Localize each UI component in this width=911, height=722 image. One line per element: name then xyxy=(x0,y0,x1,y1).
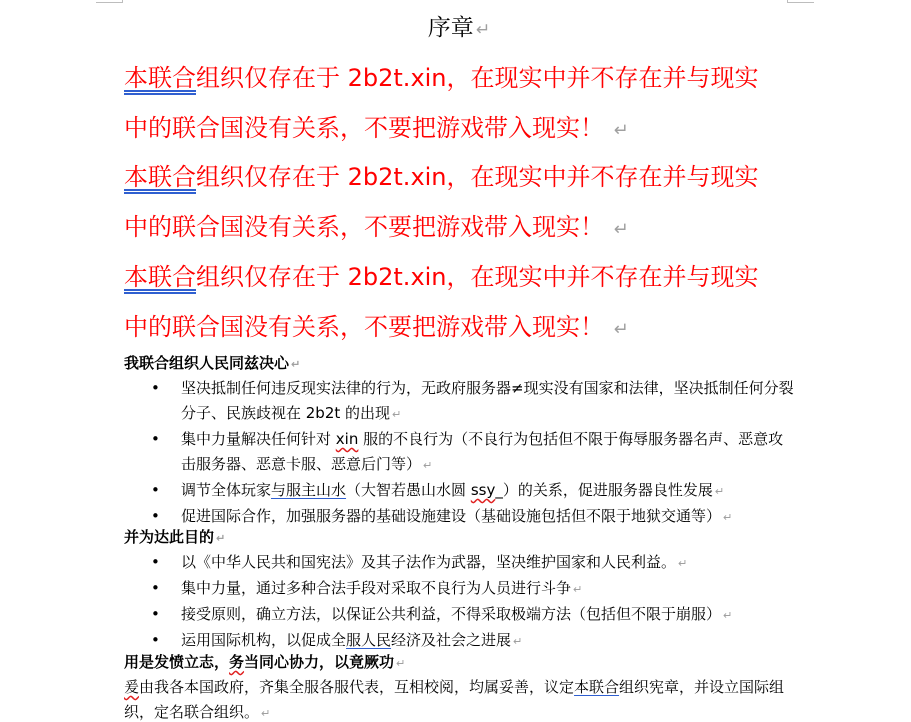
title-text: 序章 xyxy=(428,15,474,41)
paragraph-mark-icon: ↵ xyxy=(396,657,405,670)
bullet-icon: • xyxy=(151,376,160,401)
document-title[interactable]: 序章↵ xyxy=(124,12,794,46)
item-text: 坚决抵制任何违反现实法律的行为，无政府服务器≠现实没有国家和法律，坚决抵制任何分… xyxy=(181,379,794,422)
item-text: 接受原则，确立方法，以保证公共利益，不得采取极端方法（包括但不限于崩服） xyxy=(181,605,721,623)
page-corner-mark-right xyxy=(787,0,814,3)
bullet-icon: • xyxy=(151,576,160,601)
bullet-icon: • xyxy=(151,602,160,627)
paragraph-mark-icon: ↵ xyxy=(392,408,401,421)
item-text: 调节全体玩家 xyxy=(181,481,271,499)
item-text: 集中力量解决任何针对 xyxy=(181,430,336,448)
grammar-flagged-text[interactable]: 本联合 xyxy=(124,163,196,191)
notice-line-2: 中的联合国没有关系，不要把游戏带入现实！ xyxy=(124,313,604,341)
item-text: 经济及社会之进展 xyxy=(391,631,511,649)
heading-text: 我联合组织人民同兹决心 xyxy=(124,354,289,372)
item-text: 以《中华人民共和国宪法》及其子法作为武器，坚决维护国家和人民利益。 xyxy=(181,553,676,571)
bullet-icon: • xyxy=(151,550,160,575)
section-heading-determination[interactable]: 用是发愤立志，务当同心协力，以竟厥功↵ xyxy=(124,650,405,676)
paragraph-mark-icon: ↵ xyxy=(723,609,732,622)
list-item[interactable]: • 接受原则，确立方法，以保证公共利益，不得采取极端方法（包括但不限于崩服）↵ xyxy=(124,602,794,628)
paragraph-mark-icon: ↵ xyxy=(614,319,629,340)
item-text: 促进国际合作，加强服务器的基础设施建设（基础设施包括但不限于地狱交通等） xyxy=(181,507,721,525)
paragraph-mark-icon: ↵ xyxy=(261,707,270,720)
grammar-flagged-text[interactable]: 本联合 xyxy=(124,64,196,92)
paragraph-mark-icon: ↵ xyxy=(476,20,490,40)
notice-block-3[interactable]: 本联合组织仅存在于 2b2t.xin，在现实中并不存在并与现实 中的联合国没有关… xyxy=(124,252,794,351)
list-item[interactable]: • 以《中华人民共和国宪法》及其子法作为武器，坚决维护国家和人民利益。↵ xyxy=(124,550,794,576)
spelling-flagged-text[interactable]: ssy xyxy=(471,481,496,499)
paragraph-mark-icon: ↵ xyxy=(291,358,300,371)
grammar-flagged-text[interactable]: 本联合 xyxy=(574,678,619,696)
paragraph-mark-icon: ↵ xyxy=(423,459,432,472)
notice-line-1: 组织仅存在于 2b2t.xin，在现实中并不存在并与现实 xyxy=(196,163,759,191)
notice-line-2: 中的联合国没有关系，不要把游戏带入现实！ xyxy=(124,114,604,142)
spelling-flagged-text[interactable]: 爰 xyxy=(124,678,139,696)
spelling-flagged-text[interactable]: 务 xyxy=(229,653,244,671)
purpose-list: • 以《中华人民共和国宪法》及其子法作为武器，坚决维护国家和人民利益。↵ • 集… xyxy=(124,550,794,654)
item-text: （大智若愚山水圆 xyxy=(346,481,471,499)
item-text: 运用国际机构，以促成全 xyxy=(181,631,346,649)
notice-line-1: 组织仅存在于 2b2t.xin，在现实中并不存在并与现实 xyxy=(196,263,759,291)
item-text: 集中力量，通过多种合法手段对采取不良行为人员进行斗争 xyxy=(181,579,571,597)
paragraph-mark-icon: ↵ xyxy=(723,511,732,524)
heading-text: 当同心协力，以竟厥功 xyxy=(244,653,394,671)
paragraph-mark-icon: ↵ xyxy=(715,485,724,498)
notice-block-2[interactable]: 本联合组织仅存在于 2b2t.xin，在现实中并不存在并与现实 中的联合国没有关… xyxy=(124,152,794,251)
heading-text: 并为达此目的 xyxy=(124,528,214,546)
grammar-flagged-text[interactable]: 本联合 xyxy=(124,263,196,291)
section-heading-purpose[interactable]: 并为达此目的↵ xyxy=(124,525,225,551)
list-item[interactable]: • 集中力量解决任何针对 xin 服的不良行为（不良行为包括但不限于侮辱服务器名… xyxy=(124,427,794,478)
list-item[interactable]: • 集中力量，通过多种合法手段对采取不良行为人员进行斗争↵ xyxy=(124,576,794,602)
paragraph-mark-icon: ↵ xyxy=(614,120,629,141)
list-item[interactable]: • 坚决抵制任何违反现实法律的行为，无政府服务器≠现实没有国家和法律，坚决抵制任… xyxy=(124,376,794,427)
resolve-list: • 坚决抵制任何违反现实法律的行为，无政府服务器≠现实没有国家和法律，坚决抵制任… xyxy=(124,376,794,530)
bullet-icon: • xyxy=(151,478,160,503)
paragraph-mark-icon: ↵ xyxy=(216,532,225,545)
list-item[interactable]: • 调节全体玩家与服主山水（大智若愚山水圆 ssy_）的关系，促进服务器良性发展… xyxy=(124,478,794,504)
item-text: _）的关系，促进服务器良性发展 xyxy=(495,481,713,499)
grammar-flagged-text[interactable]: 服人民 xyxy=(346,631,391,649)
notice-line-2: 中的联合国没有关系，不要把游戏带入现实！ xyxy=(124,213,604,241)
bullet-icon: • xyxy=(151,427,160,452)
paragraph-mark-icon: ↵ xyxy=(513,635,522,648)
spelling-flagged-text[interactable]: xin xyxy=(336,430,359,448)
notice-line-1: 组织仅存在于 2b2t.xin，在现实中并不存在并与现实 xyxy=(196,64,759,92)
paragraph-mark-icon: ↵ xyxy=(678,557,687,570)
page-corner-mark-left xyxy=(96,0,123,3)
section-heading-resolve[interactable]: 我联合组织人民同兹决心↵ xyxy=(124,351,300,377)
notice-block-1[interactable]: 本联合组织仅存在于 2b2t.xin，在现实中并不存在并与现实 中的联合国没有关… xyxy=(124,53,794,152)
paragraph-mark-icon: ↵ xyxy=(614,219,629,240)
charter-paragraph[interactable]: 爰由我各本国政府，齐集全服各服代表，互相校阅，均属妥善，议定本联合组织宪章，并设… xyxy=(124,675,794,722)
paragraph-mark-icon: ↵ xyxy=(573,583,582,596)
paragraph-text: 由我各本国政府，齐集全服各服代表，互相校阅，均属妥善，议定 xyxy=(139,678,574,696)
grammar-flagged-text[interactable]: 与服主山水 xyxy=(271,481,346,499)
heading-text: 用是发愤立志， xyxy=(124,653,229,671)
